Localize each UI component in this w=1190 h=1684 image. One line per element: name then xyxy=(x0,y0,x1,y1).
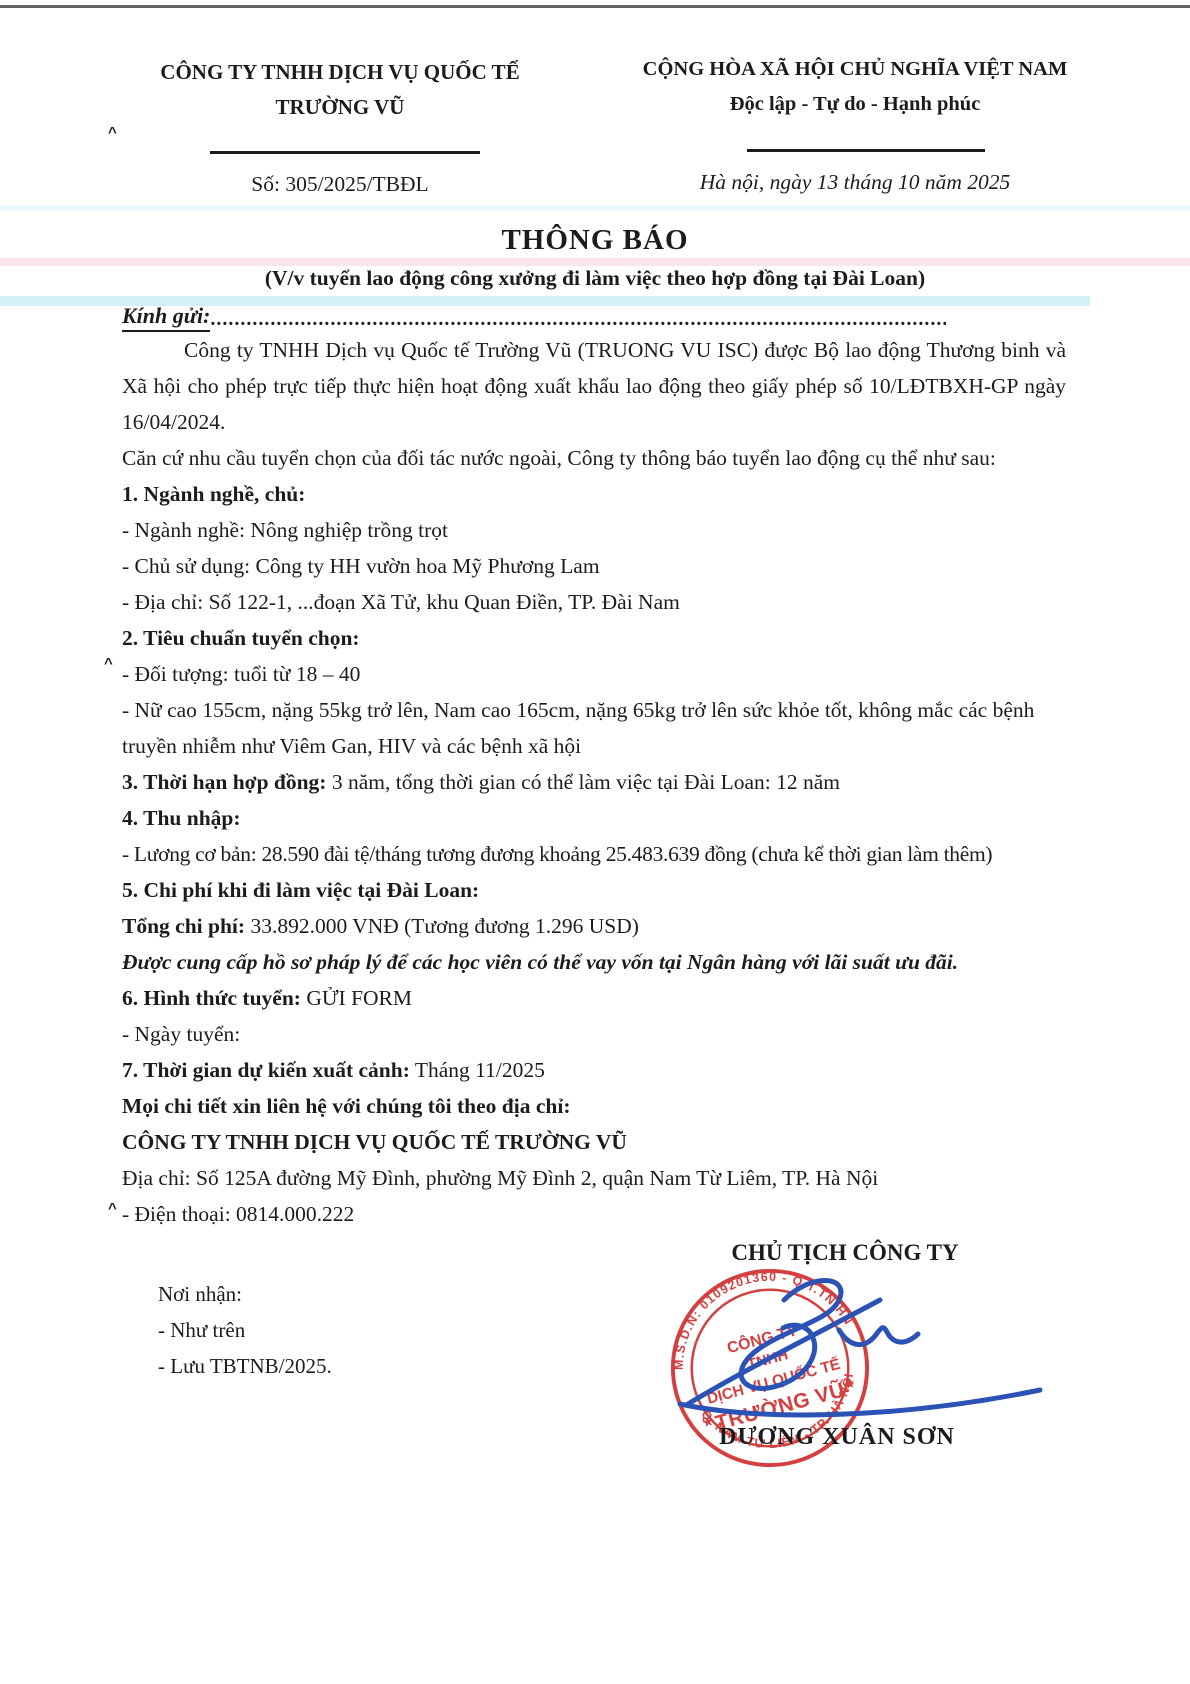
scan-speck: ^ xyxy=(108,124,117,141)
body-line: - Lương cơ bản: 28.590 đài tệ/tháng tươn… xyxy=(122,836,1066,872)
scan-speck: ^ xyxy=(108,1200,117,1217)
recipients-block: Nơi nhận: - Như trên - Lưu TBTNB/2025. xyxy=(158,1276,332,1384)
recipients-item: - Như trên xyxy=(158,1312,332,1348)
body-line: - Ngành nghề: Nông nghiệp trồng trọt xyxy=(122,512,1066,548)
body-line: - Nữ cao 155cm, nặng 55kg trở lên, Nam c… xyxy=(122,692,1066,764)
contact-address-line: Địa chỉ: Số 125A đường Mỹ Đình, phường M… xyxy=(122,1160,1066,1196)
body-line: - Chủ sử dụng: Công ty HH vườn hoa Mỹ Ph… xyxy=(122,548,1066,584)
national-title: CỘNG HÒA XÃ HỘI CHỦ NGHĨA VIỆT NAM xyxy=(620,58,1090,81)
salutation-row: Kính gửi:...............................… xyxy=(122,303,1066,332)
contact-company-line: CÔNG TY TNHH DỊCH VỤ QUỐC TẾ TRƯỜNG VŨ xyxy=(122,1124,1066,1160)
total-cost-line: Tổng chi phí: 33.892.000 VNĐ (Tương đươn… xyxy=(122,908,1066,944)
signer-role: CHỦ TỊCH CÔNG TY xyxy=(690,1240,1000,1266)
body-line: - Ngày tuyển: xyxy=(122,1016,1066,1052)
contact-phone-line: - Điện thoại: 0814.000.222 xyxy=(122,1196,1066,1232)
recipients-title: Nơi nhận: xyxy=(158,1276,332,1312)
contact-intro-line: Mọi chi tiết xin liên hệ với chúng tôi t… xyxy=(122,1088,1066,1124)
header-rule-left xyxy=(210,151,480,154)
body-line: - Đối tượng: tuổi từ 18 – 40 xyxy=(122,656,1066,692)
document-title: THÔNG BÁO xyxy=(0,224,1190,257)
section-6-line: 6. Hình thức tuyển: GỬI FORM xyxy=(122,980,1066,1016)
body-line: - Địa chỉ: Số 122-1, ...đoạn Xã Tử, khu … xyxy=(122,584,1066,620)
scan-edge-line xyxy=(0,5,1190,8)
company-name-line1: CÔNG TY TNHH DỊCH VỤ QUỐC TẾ xyxy=(150,60,530,85)
section-3-line: 3. Thời hạn hợp đồng: 3 năm, tổng thời g… xyxy=(122,764,1066,800)
national-motto: Độc lập - Tự do - Hạnh phúc xyxy=(620,93,1090,116)
scan-speck: ^ xyxy=(104,655,113,672)
section-1-heading: 1. Ngành nghề, chủ: xyxy=(122,476,1066,512)
document-number: Số: 305/2025/TBĐL xyxy=(150,172,530,197)
scan-band xyxy=(0,206,1190,211)
section-2-heading: 2. Tiêu chuẩn tuyển chọn: xyxy=(122,620,1066,656)
date-place-line: Hà nội, ngày 13 tháng 10 năm 2025 xyxy=(620,170,1090,195)
recipients-item: - Lưu TBTNB/2025. xyxy=(158,1348,332,1384)
section-4-heading: 4. Thu nhập: xyxy=(122,800,1066,836)
dotted-leader: ........................................… xyxy=(210,306,946,332)
scan-band xyxy=(0,258,1190,266)
intro-paragraph: Công ty TNHH Dịch vụ Quốc tế Trường Vũ (… xyxy=(122,332,1066,440)
header-rule-right xyxy=(747,149,985,152)
section-7-line: 7. Thời gian dự kiến xuất cảnh: Tháng 11… xyxy=(122,1052,1066,1088)
company-name-line2: TRƯỜNG VŨ xyxy=(150,95,530,120)
section-5-heading: 5. Chi phí khi đi làm việc tại Đài Loan: xyxy=(122,872,1066,908)
signature xyxy=(642,1268,1052,1438)
document-page: ^ ^ ^ CÔNG TY TNHH DỊCH VỤ QUỐC TẾ TRƯỜN… xyxy=(0,0,1190,1684)
document-body: Công ty TNHH Dịch vụ Quốc tế Trường Vũ (… xyxy=(122,332,1066,1232)
loan-note-line: Được cung cấp hồ sơ pháp lý để các học v… xyxy=(122,944,1066,980)
basis-paragraph: Căn cứ nhu cầu tuyển chọn của đối tác nư… xyxy=(122,440,1066,476)
salutation-label: Kính gửi: xyxy=(122,303,210,332)
document-subtitle: (V/v tuyển lao động công xưởng đi làm vi… xyxy=(0,266,1190,291)
signer-name: DƯƠNG XUÂN SƠN xyxy=(672,1424,1002,1451)
